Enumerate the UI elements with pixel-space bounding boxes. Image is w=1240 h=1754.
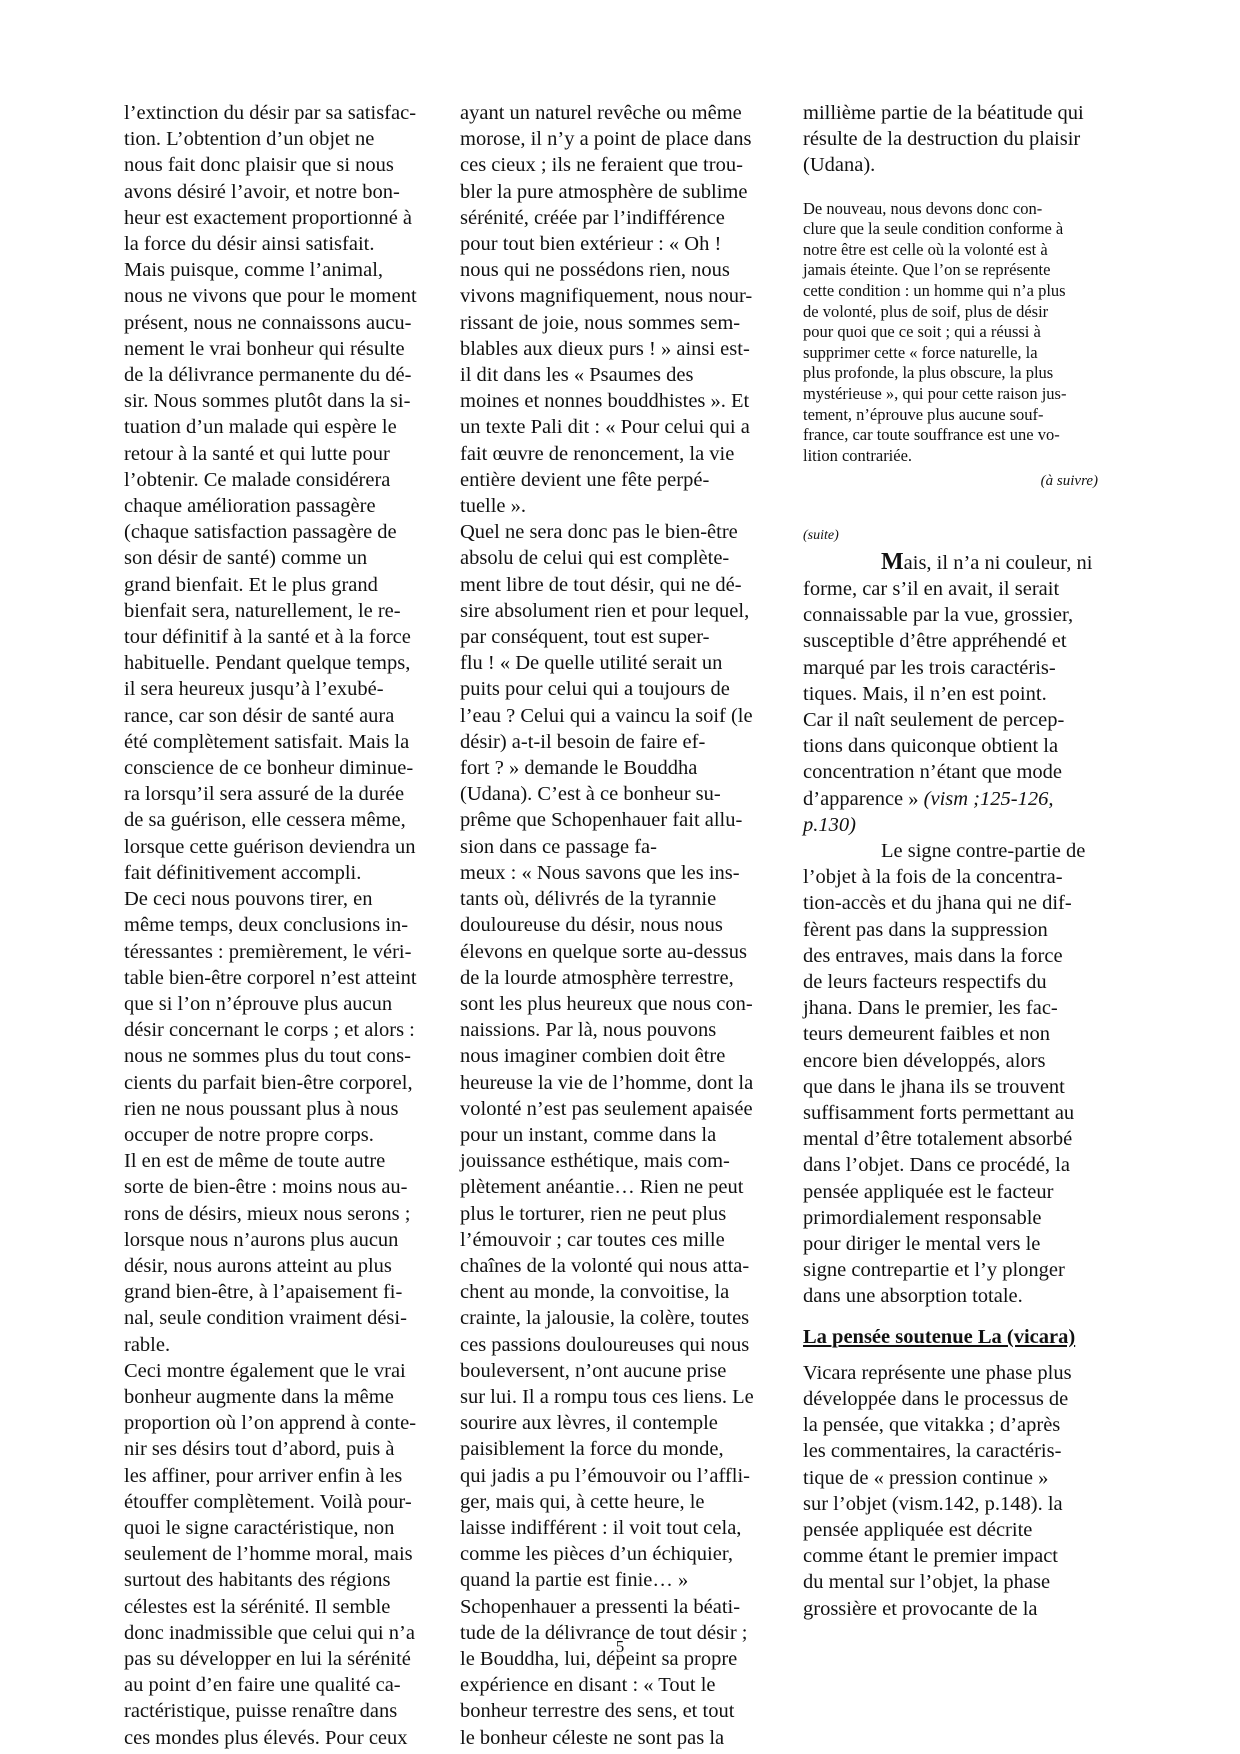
section-heading: La pensée soutenue La (vicara) <box>803 1324 1138 1350</box>
page-number: 5 <box>0 1637 1240 1657</box>
paragraph-udana: millième partie de la béatitude qui résu… <box>803 100 1138 179</box>
paragraph-mais: Mais, il n’a ni couleur, ni forme, car s… <box>803 549 1138 838</box>
column-1: l’extinction du désir par sa satisfac- t… <box>124 100 454 1751</box>
a-suivre-note: (à suivre) <box>803 468 1138 494</box>
suite-note: (suite) <box>803 523 1138 549</box>
column-2: ayant un naturel revêche ou même morose,… <box>460 100 795 1751</box>
paragraph: Mais puisque, comme l’animal, nous ne vi… <box>124 257 454 886</box>
column-3: millième partie de la béatitude qui résu… <box>803 100 1138 1622</box>
paragraph: Ceci montre également que le vrai bonheu… <box>124 1358 454 1751</box>
paragraph: l’extinction du désir par sa satisfac- t… <box>124 100 454 257</box>
paragraph: De ceci nous pouvons tirer, en même temp… <box>124 886 454 1148</box>
paragraph: Quel ne sera donc pas le bien-être absol… <box>460 519 795 1751</box>
paragraph-signe: Le signe contre-partie de l’objet à la f… <box>803 838 1138 1310</box>
paragraph: Il en est de même de toute autre sorte d… <box>124 1148 454 1358</box>
small-paragraph: De nouveau, nous devons donc con- clure … <box>803 199 1138 467</box>
paragraph: ayant un naturel revêche ou même morose,… <box>460 100 795 519</box>
paragraph-vicara: Vicara représente une phase plus dévelop… <box>803 1360 1138 1622</box>
dropcap: M <box>881 549 904 575</box>
